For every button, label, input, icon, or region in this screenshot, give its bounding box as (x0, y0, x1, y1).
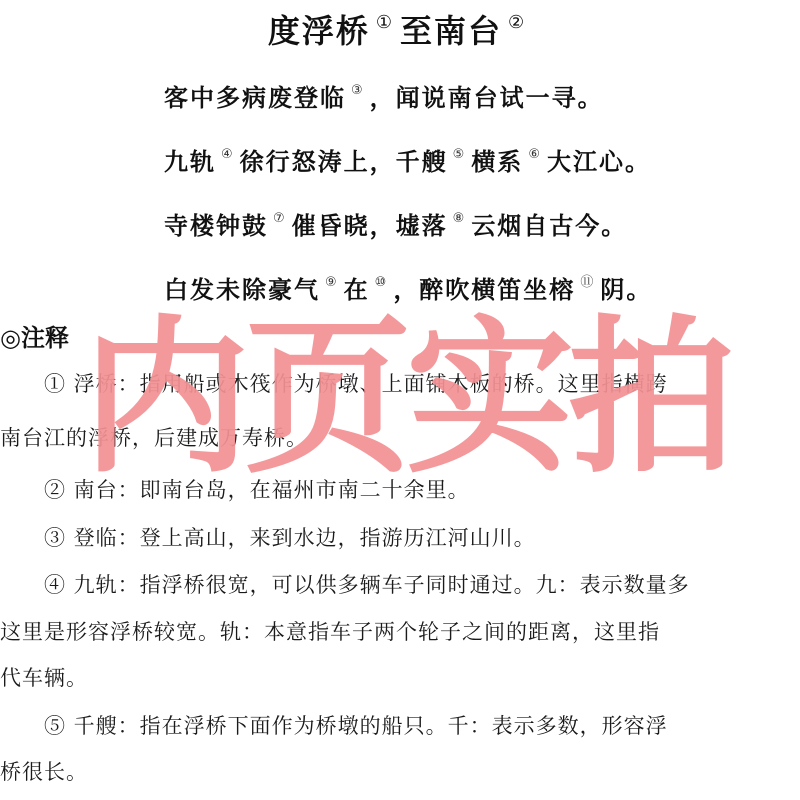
note-2: ② 南台：即南台岛，在福州市南二十余里。 (44, 474, 470, 504)
note-5: ⑤ 千艘：指在浮桥下面作为桥墩的船只。千：表示多数，形容浮 (44, 710, 668, 740)
poem-line-4: 白发未除豪气⑨在⑩，醉吹横笛坐榕⑪阴。 (164, 270, 652, 305)
note-4-continued-2: 代车辆。 (0, 662, 88, 692)
footnote-marker: ⑥ (528, 147, 542, 162)
footnote-marker: ⑪ (580, 275, 595, 290)
footnote-marker: ④ (221, 147, 235, 162)
notes-heading: ◎注释 (0, 318, 69, 353)
poem-line-2: 九轨④徐行怒涛上，千艘⑤横系⑥大江心。 (164, 142, 651, 177)
note-4-continued: 这里是形容浮桥较宽。轨：本意指车子两个轮子之间的距离，这里指 (0, 616, 660, 646)
poem-text: 九轨 (164, 148, 216, 176)
footnote-marker-1: ① (376, 12, 394, 33)
footnote-marker: ⑨ (325, 275, 339, 290)
note-1-continued: 南台江的浮桥，后建成万寿桥。 (0, 422, 308, 452)
poem-text: 大江心。 (547, 148, 651, 176)
poem-text: 在 (344, 276, 370, 304)
poem-text: ，闻说南台试一寻。 (370, 84, 604, 112)
title-part-1: 度浮桥 (268, 12, 370, 50)
footnote-marker: ③ (351, 83, 365, 98)
poem-title: 度浮桥①至南台② (0, 6, 800, 52)
poem-text: 寺楼钟鼓 (164, 212, 268, 240)
note-1: ① 浮桥：指用船或木筏作为桥墩、上面铺木板的桥。这里指横跨 (44, 368, 668, 398)
poem-text: ，醉吹横笛坐榕 (393, 276, 575, 304)
double-circle-icon: ◎ (0, 324, 21, 352)
footnote-marker: ⑧ (453, 211, 467, 226)
footnote-marker: ⑦ (273, 211, 287, 226)
footnote-marker: ⑩ (375, 275, 389, 290)
title-part-2: 至南台 (400, 12, 502, 50)
note-3: ③ 登临：登上高山，来到水边，指游历江河山川。 (44, 522, 536, 552)
poem-text: 客中多病废登临 (164, 84, 346, 112)
poem-text: 催昏晓，墟落 (292, 212, 448, 240)
poem-text: 徐行怒涛上，千艘 (240, 148, 448, 176)
note-5-continued: 桥很长。 (0, 756, 88, 786)
footnote-marker-2: ② (508, 12, 526, 33)
document-page: 度浮桥①至南台② 客中多病废登临③，闻说南台试一寻。 九轨④徐行怒涛上，千艘⑤横… (0, 0, 800, 800)
poem-line-1: 客中多病废登临③，闻说南台试一寻。 (164, 78, 604, 113)
note-4: ④ 九轨：指浮桥很宽，可以供多辆车子同时通过。九：表示数量多 (44, 569, 690, 599)
poem-text: 横系 (471, 148, 523, 176)
footnote-marker: ⑤ (453, 147, 467, 162)
poem-text: 云烟自古今。 (471, 212, 627, 240)
poem-line-3: 寺楼钟鼓⑦催昏晓，墟落⑧云烟自古今。 (164, 206, 627, 241)
notes-heading-label: 注释 (21, 324, 69, 352)
poem-text: 阴。 (600, 276, 652, 304)
poem-text: 白发未除豪气 (164, 276, 320, 304)
watermark-overlay: 内页实拍 (82, 298, 730, 498)
